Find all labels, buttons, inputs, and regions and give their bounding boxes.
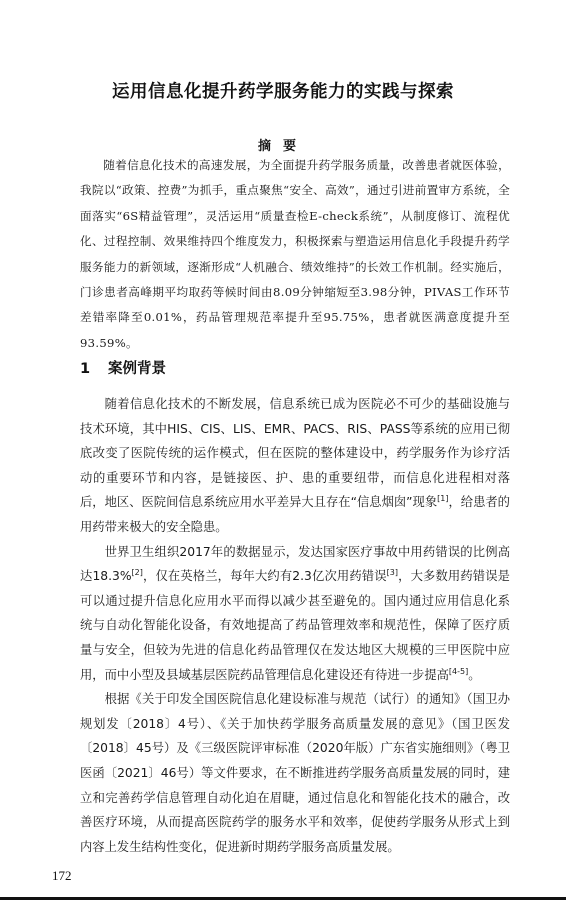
citation-ref: [2] <box>132 568 143 577</box>
abstract-heading: 摘要 <box>0 135 566 154</box>
section-title: 案例背景 <box>108 361 166 377</box>
article-title: 运用信息化提升药学服务能力的实践与探索 <box>0 78 566 103</box>
section-heading: 1案例背景 <box>80 357 166 378</box>
page-number: 172 <box>52 868 72 884</box>
citation-ref: [4-5] <box>449 667 468 676</box>
paragraph-3: 根据《关于印发全国医院信息化建设标准与规范（试行）的通知》（国卫办规划发〔201… <box>80 687 510 859</box>
document-page: 运用信息化提升药学服务能力的实践与探索 摘要 随着信息化技术的高速发展，为全面提… <box>0 0 566 900</box>
paragraph-1: 随着信息化技术的不断发展，信息系统已成为医院必不可少的基础设施与技术环境，其中H… <box>80 392 510 540</box>
paragraph-2: 世界卫生组织2017年的数据显示，发达国家医疗事故中用药错误的比例高达18.3%… <box>80 540 510 688</box>
citation-ref: [1] <box>437 494 448 503</box>
section-body: 随着信息化技术的不断发展，信息系统已成为医院必不可少的基础设施与技术环境，其中H… <box>80 392 510 859</box>
citation-ref: [3] <box>387 568 398 577</box>
section-number: 1 <box>80 361 108 377</box>
abstract-text: 随着信息化技术的高速发展，为全面提升药学服务质量，改善患者就医体验，我院以“政策… <box>80 153 510 356</box>
